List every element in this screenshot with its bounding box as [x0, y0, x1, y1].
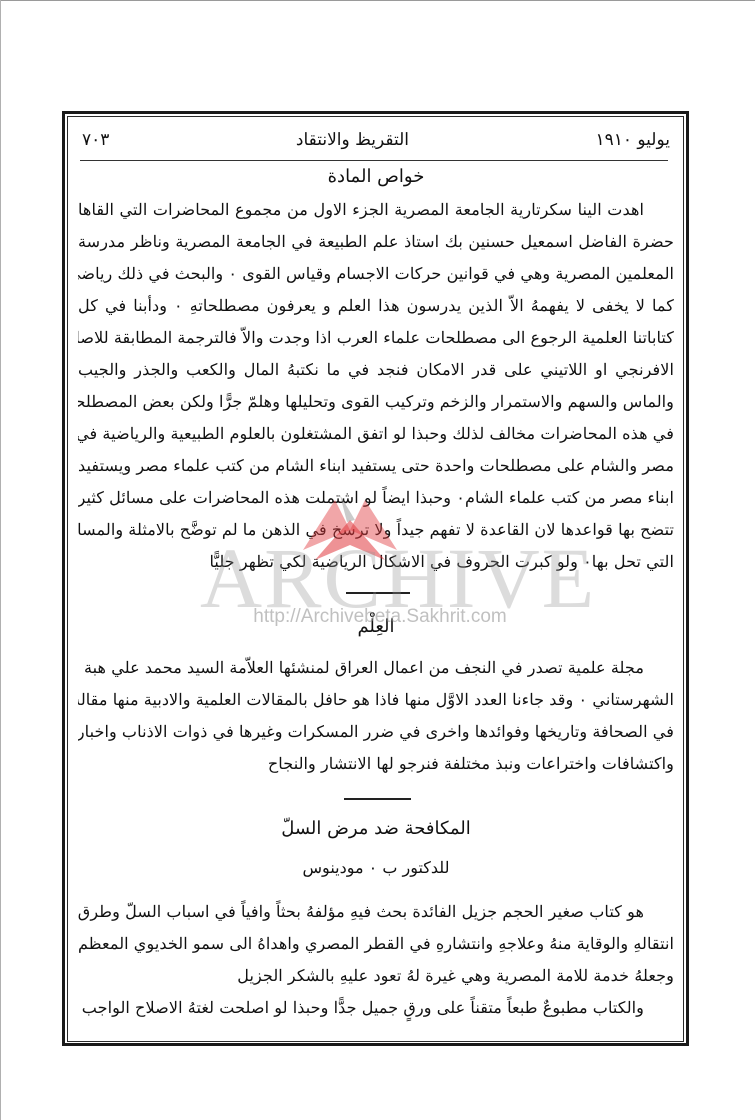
text-line: التي تحل بها٠ ولو كبرت الحروف في الاشكال… — [78, 546, 674, 578]
text-line: في الصحافة وتاريخها وفوائدها واخرى في ضر… — [78, 716, 674, 748]
section-separator — [344, 798, 411, 800]
header-rule — [80, 160, 668, 161]
text-line: وجعلهُ خدمة للامة المصرية وهي غيرة لهُ ت… — [78, 960, 674, 992]
text-line: تتضح بها قواعدها لان القاعدة لا تفهم جيد… — [78, 514, 674, 546]
issue-date: يوليو ١٩١٠ — [595, 130, 670, 150]
article-body: مجلة علمية تصدر في النجف من اعمال العراق… — [78, 652, 674, 780]
text-line: مصر والشام على مصطلحات واحدة حتى يستفيد … — [78, 450, 674, 482]
text-line: واكتشافات واختراعات ونبذ مختلفة فنرجو له… — [78, 748, 674, 780]
section-heading: التقريظ والانتقاد — [296, 130, 409, 150]
text-line: اهدت الينا سكرتارية الجامعة المصرية الجز… — [78, 194, 674, 226]
text-line: والكتاب مطبوعٌ طبعاً متقناً على ورقٍ جمي… — [78, 992, 674, 1024]
text-line: هو كتاب صغير الحجم جزيل الفائدة بحث فيهِ… — [78, 896, 674, 928]
page-number: ٧٠٣ — [82, 130, 109, 150]
text-line: والماس والسهم والاستمرار والزخم وتركيب ا… — [78, 386, 674, 418]
article-byline: للدكتور ب ٠ مودينوس — [78, 858, 674, 877]
scan-edge — [0, 0, 755, 1]
article-title: المكافحة ضد مرض السلّ — [78, 818, 674, 839]
text-line: الشهرستاني ٠ وقد جاءنا العدد الاوَّل منه… — [78, 684, 674, 716]
text-line: الافرنجي او اللاتيني على قدر الامكان فنج… — [78, 354, 674, 386]
text-line: مجلة علمية تصدر في النجف من اعمال العراق… — [78, 652, 674, 684]
text-line: المعلمين المصرية وهي في قوانين حركات الا… — [78, 258, 674, 290]
text-line: كما لا يخفى لا يفهمهُ الاّ الذين يدرسون … — [78, 290, 674, 322]
article-title: العِلْم — [78, 616, 674, 637]
text-line: حضرة الفاضل اسمعيل حسنين بك استاذ علم ال… — [78, 226, 674, 258]
article-body: اهدت الينا سكرتارية الجامعة المصرية الجز… — [78, 194, 674, 578]
article-title: خواص المادة — [78, 166, 674, 187]
scan-edge — [0, 0, 1, 1120]
article-body: هو كتاب صغير الحجم جزيل الفائدة بحث فيهِ… — [78, 896, 674, 1024]
text-line: انتقالهِ والوقاية منهُ وعلاجهِ وانتشارهِ… — [78, 928, 674, 960]
section-separator — [346, 592, 410, 594]
running-head: يوليو ١٩١٠ التقريظ والانتقاد ٧٠٣ — [82, 125, 670, 155]
text-line: في هذه المحاضرات مخالف لذلك وحبذا لو اتف… — [78, 418, 674, 450]
text-line: ابناء مصر من كتب علماء الشام٠ وحبذا ايضا… — [78, 482, 674, 514]
text-line: كتاباتنا العلمية الرجوع الى مصطلحات علما… — [78, 322, 674, 354]
page-content: يوليو ١٩١٠ التقريظ والانتقاد ٧٠٣ خواص ال… — [78, 120, 674, 1040]
